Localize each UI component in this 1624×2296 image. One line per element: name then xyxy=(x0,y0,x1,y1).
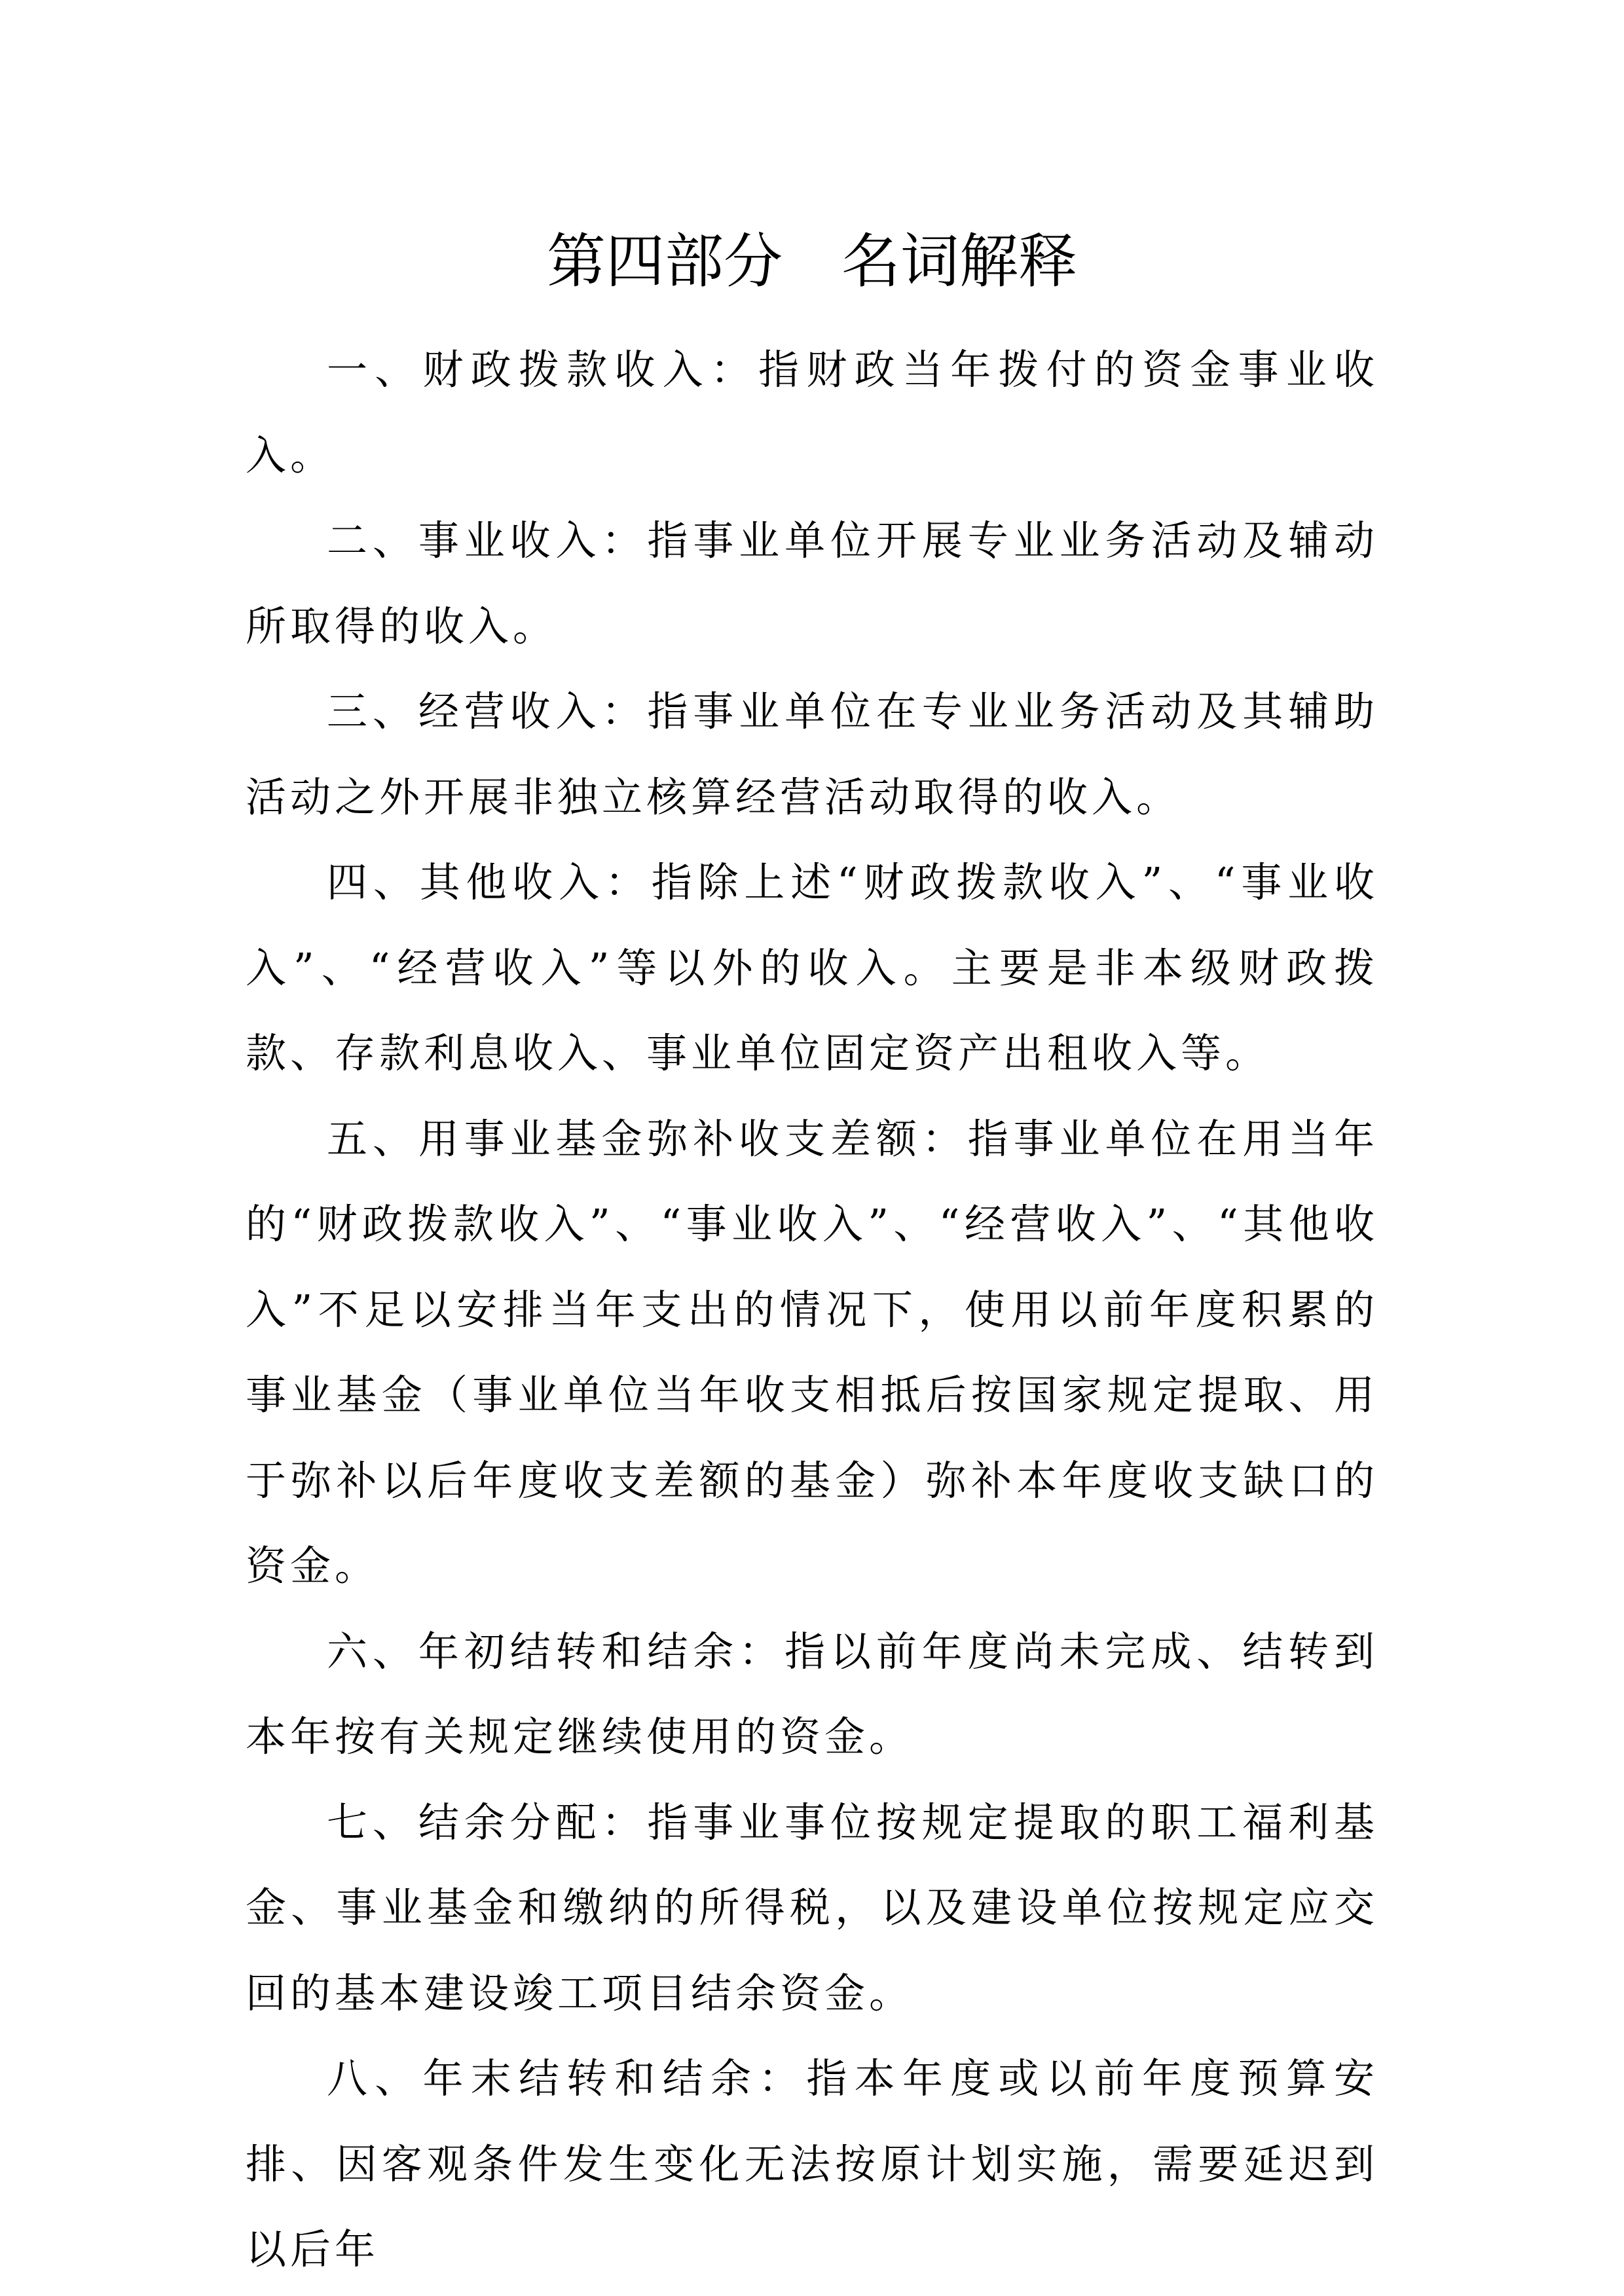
glossary-definition: 指事业单位在用当年的“财政拨款收入”、“事业收入”、“经营收入”、“其他收入”不… xyxy=(246,1115,1378,1590)
glossary-term: 二、事业收入： xyxy=(327,517,647,564)
glossary-term: 八、年末结转和结余： xyxy=(327,2054,806,2102)
glossary-item-8: 八、年末结转和结余：指本年度或以前年度预算安排、因客观条件发生变化无法按原计划实… xyxy=(246,2036,1378,2293)
glossary-item-4: 四、其他收入：指除上述“财政拨款收入”、“事业收入”、“经营收入”等以外的收入。… xyxy=(246,840,1378,1097)
glossary-item-5: 五、用事业基金弥补收支差额：指事业单位在用当年的“财政拨款收入”、“事业收入”、… xyxy=(246,1097,1378,1609)
glossary-item-1: 一、财政拨款收入：指财政当年拨付的资金事业收入。 xyxy=(246,327,1378,498)
page-title: 第四部分 名词解释 xyxy=(0,226,1624,298)
glossary-term: 四、其他收入： xyxy=(327,858,652,906)
glossary-term: 一、财政拨款收入： xyxy=(327,346,758,393)
glossary-item-6: 六、年初结转和结余：指以前年度尚未完成、结转到本年按有关规定继续使用的资金。 xyxy=(246,1609,1378,1780)
glossary-term: 七、结余分配： xyxy=(327,1798,647,1846)
glossary-item-3: 三、经营收入：指事业单位在专业业务活动及其辅助活动之外开展非独立核算经营活动取得… xyxy=(246,669,1378,840)
glossary-item-2: 二、事业收入：指事业单位开展专业业务活动及辅动所取得的收入。 xyxy=(246,498,1378,669)
glossary-term: 六、年初结转和结余： xyxy=(327,1628,784,1675)
document-page: 第四部分 名词解释 一、财政拨款收入：指财政当年拨付的资金事业收入。 二、事业收… xyxy=(0,0,1624,2296)
glossary-body: 一、财政拨款收入：指财政当年拨付的资金事业收入。 二、事业收入：指事业单位开展专… xyxy=(246,327,1378,2293)
glossary-term: 三、经营收入： xyxy=(327,687,647,735)
glossary-term: 五、用事业基金弥补收支差额： xyxy=(327,1115,968,1163)
glossary-item-7: 七、结余分配：指事业事位按规定提取的职工福利基金、事业基金和缴纳的所得税，以及建… xyxy=(246,1780,1378,2037)
